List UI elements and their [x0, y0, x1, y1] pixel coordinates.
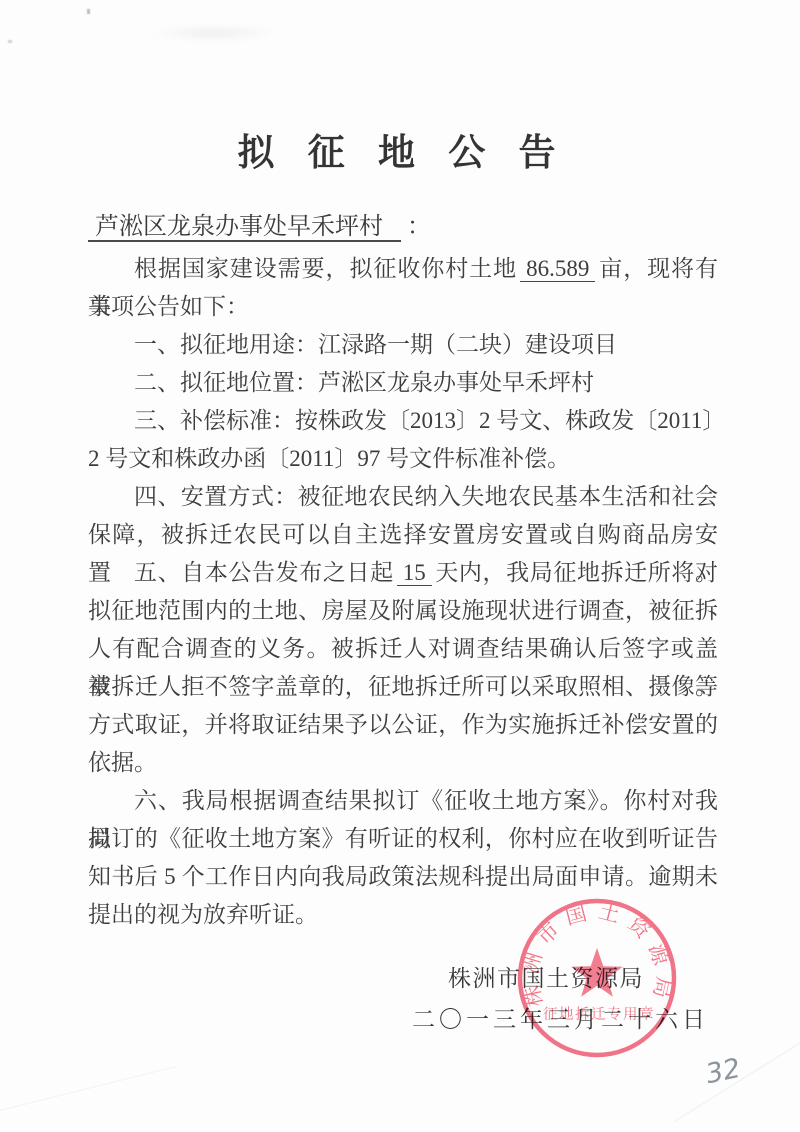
body-line: 方式取证，并将取证结果予以公证，作为实施拆迁补偿安置的 — [88, 706, 718, 744]
scan-crease — [0, 1066, 177, 1115]
underlined-days-value: 15 — [397, 560, 432, 586]
star-icon — [571, 948, 622, 997]
scan-speck — [87, 9, 90, 14]
document-page: 拟 征 地 公 告 芦淞区龙泉办事处早禾坪村： 根据国家建设需要，拟征收你村土地… — [0, 0, 800, 1132]
page-title: 拟 征 地 公 告 — [0, 122, 800, 176]
body-line: 拟订的《征收土地方案》有听证的权利，你村应在收到听证告 — [88, 820, 718, 858]
scan-speck — [8, 40, 12, 43]
body-line-item-3: 三、补偿标准：按株政发〔2013〕2 号文、株政发〔2011〕 — [88, 402, 718, 440]
body-line: 事项公告如下： — [88, 288, 718, 326]
scan-smudge — [150, 24, 280, 42]
stamp-center-text: 征地拆迁专用章 — [543, 1005, 655, 1023]
body-line-item-2: 二、拟征地位置：芦淞区龙泉办事处早禾坪村 — [88, 364, 718, 402]
handwritten-page-number: 32 — [703, 1053, 743, 1090]
body-line: 人有配合调查的义务。被拆迁人对调查结果确认后签字或盖章。 — [88, 630, 718, 668]
body-line: 根据国家建设需要，拟征收你村土地86.589亩，现将有关 — [88, 250, 718, 288]
body-line-item-6: 六、我局根据调查结果拟订《征收土地方案》。你村对我局 — [88, 782, 718, 820]
addressee-name: 芦淞区龙泉办事处早禾坪村 — [88, 214, 401, 242]
body-line: 被拆迁人拒不签字盖章的，征地拆迁所可以采取照相、摄像等 — [88, 668, 718, 706]
body-line: 保障，被拆迁农民可以自主选择安置房安置或自购商品房安置。 — [88, 516, 718, 554]
official-stamp: 株洲市国土资源局 征地拆迁专用章 — [512, 893, 682, 1063]
addressee-colon: ： — [407, 214, 431, 240]
body-line: 依据。 — [88, 744, 718, 782]
body-line-item-4: 四、安置方式：被征地农民纳入失地农民基本生活和社会 — [88, 478, 718, 516]
body-line: 2 号文和株政办函〔2011〕97 号文件标准补偿。 — [88, 440, 718, 478]
underlined-area-value: 86.589 — [520, 256, 595, 282]
body-line-item-1: 一、拟征地用途：江渌路一期（二块）建设项目 — [88, 326, 718, 364]
body-line: 拟征地范围内的土地、房屋及附属设施现状进行调查，被征拆 — [88, 592, 718, 630]
addressee-line: 芦淞区龙泉办事处早禾坪村： — [88, 208, 431, 246]
body-line-item-5: 五、自本公告发布之日起15天内，我局征地拆迁所将对 — [88, 554, 718, 592]
notice-body: 根据国家建设需要，拟征收你村土地86.589亩，现将有关 事项公告如下： 一、拟… — [88, 250, 718, 934]
body-line: 知书后 5 个工作日内向我局政策法规科提出局面申请。逾期未 — [88, 858, 718, 896]
